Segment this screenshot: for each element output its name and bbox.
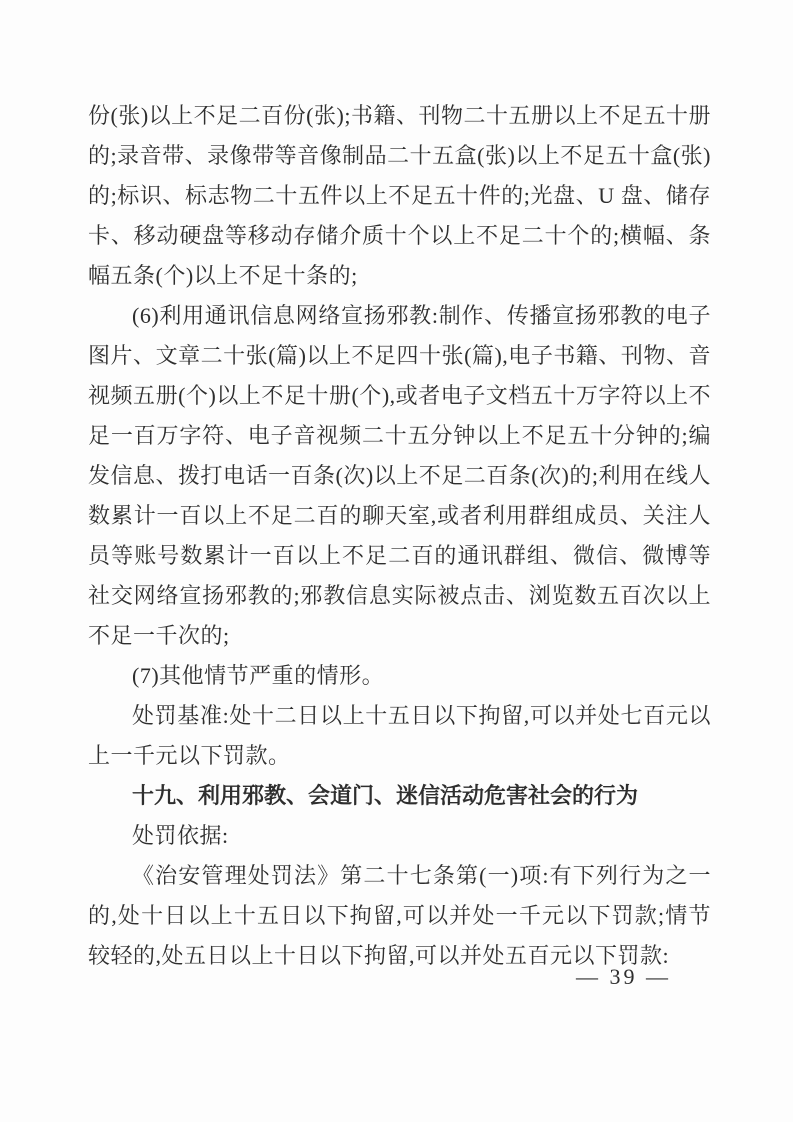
document-page: 份(张)以上不足二百份(张);书籍、刊物二十五册以上不足五十册的;录音带、录像带… — [0, 0, 793, 1122]
page-number: — 39 — — [576, 962, 671, 992]
legal-provision-paragraph: 《治安管理处罚法》第二十七条第(一)项:有下列行为之一的,处十日以上十五日以下拘… — [88, 856, 711, 976]
penalty-basis-label: 处罚依据: — [88, 816, 711, 856]
penalty-standard-paragraph: 处罚基准:处十二日以上十五日以下拘留,可以并处七百元以上一千元以下罚款。 — [88, 696, 711, 776]
section-19-heading: 十九、利用邪教、会道门、迷信活动危害社会的行为 — [88, 776, 711, 816]
item-6-network-propaganda-paragraph: (6)利用通讯信息网络宣扬邪教:制作、传播宣扬邪教的电子图片、文章二十张(篇)以… — [88, 296, 711, 656]
item-7-other-circumstances-paragraph: (7)其他情节严重的情形。 — [88, 656, 711, 696]
continued-paragraph-quantity-thresholds: 份(张)以上不足二百份(张);书籍、刊物二十五册以上不足五十册的;录音带、录像带… — [88, 96, 711, 296]
